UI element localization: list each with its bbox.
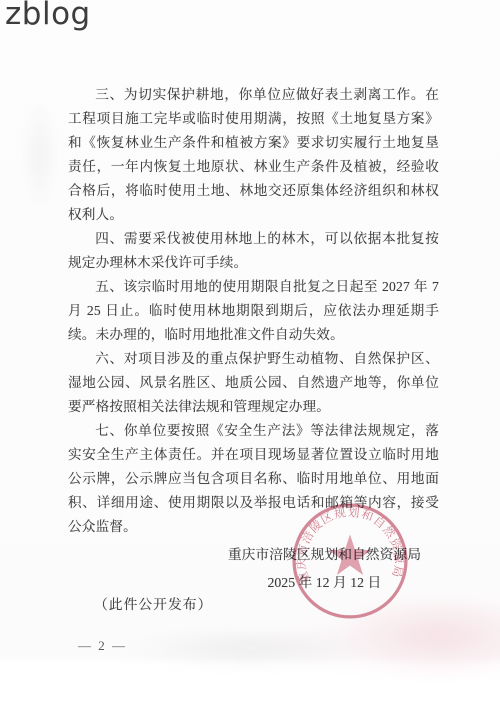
paragraph-item-3: 三、为切实保护耕地，你单位应做好表土剥离工作。在工程项目施工完毕或临时使用期满，… <box>68 83 439 227</box>
public-release-note: （此件公开发布） <box>94 593 212 613</box>
document-body: 三、为切实保护耕地，你单位应做好表土剥离工作。在工程项目施工完毕或临时使用期满，… <box>68 83 439 539</box>
scan-smudge <box>20 95 60 215</box>
scan-smudge <box>330 598 500 678</box>
scan-smudge <box>120 632 380 672</box>
signature-block: 重庆市涪陵区规划和自然资源局 2025 年 12 月 12 日 <box>228 541 421 597</box>
paragraph-item-4: 四、需要采伐被使用林地上的林木，可以依据本批复按规定办理林木采伐许可手续。 <box>68 227 439 275</box>
page-number: — 2 — <box>78 638 127 654</box>
scanned-document-page: zblog 三、为切实保护耕地，你单位应做好表土剥离工作。在工程项目施工完毕或临… <box>0 0 500 714</box>
issuer-name: 重庆市涪陵区规划和自然资源局 <box>228 541 421 569</box>
paragraph-item-5: 五、该宗临时用地的使用期限自批复之日起至 2027 年 7 月 25 日止。临时… <box>68 275 439 347</box>
issue-date: 2025 年 12 月 12 日 <box>228 569 421 597</box>
paragraph-item-6: 六、对项目涉及的重点保护野生动植物、自然保护区、湿地公园、风景名胜区、地质公园、… <box>68 347 439 419</box>
site-logo[interactable]: zblog <box>5 0 91 32</box>
paragraph-item-7: 七、你单位要按照《安全生产法》等法律法规规定，落实安全生产主体责任。并在项目现场… <box>68 419 439 539</box>
